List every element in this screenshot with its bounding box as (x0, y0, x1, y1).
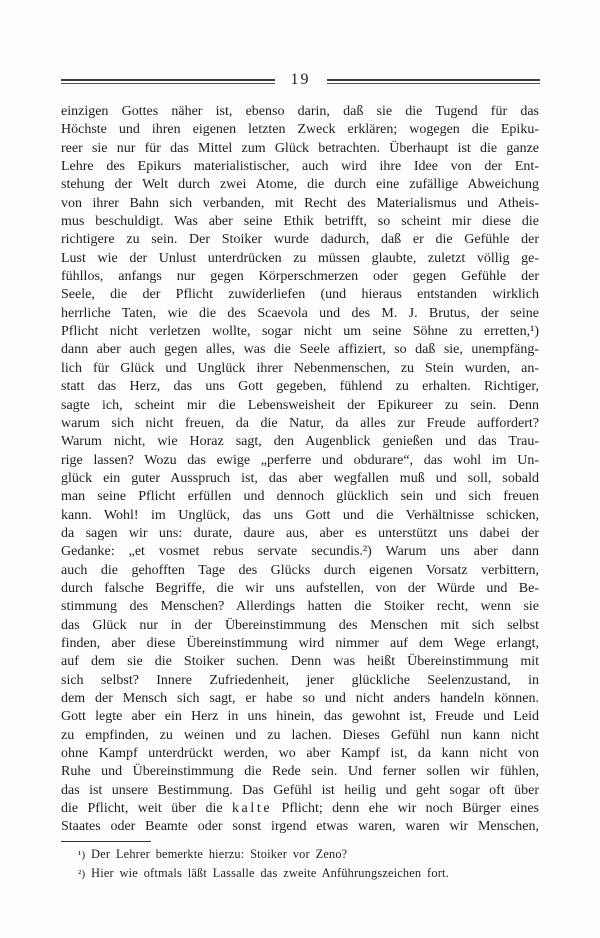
footnote-separator (61, 841, 151, 842)
text-line: dem der Mensch sich sagt, er habe so und… (61, 690, 539, 708)
text-line: Gott legte aber ein Herz in uns hinein, … (61, 708, 539, 726)
text-line: glück ein guter Ausspruch ist, das aber … (61, 470, 539, 488)
text-line: zu empfinden, zu weinen und zu lachen. D… (61, 727, 539, 745)
body-text: einzigen Gottes näher ist, ebenso darin,… (61, 103, 539, 837)
text-line: durch falsche Begriffe, die wir uns aufs… (61, 580, 539, 598)
text-line: rige lassen? Wozu das ewige „perferre un… (61, 452, 539, 470)
text-line: Warum nicht, wie Horaz sagt, den Augenbl… (61, 433, 539, 451)
text-line: Seele, die der Pflicht zuwiderliefen (un… (61, 286, 539, 304)
emphasized-word: kalte (232, 801, 272, 816)
footnote: ¹) Der Lehrer bemerkte hierzu: Stoiker v… (61, 845, 539, 864)
page-number: 19 (291, 71, 311, 89)
text-line: dann aber auch gegen alles, was die Seel… (61, 341, 539, 359)
text-line: das Glück nur in der Übereinstimmung des… (61, 617, 539, 635)
text-line: finden, aber diese Übereinstimmung wird … (61, 635, 539, 653)
header-rule-left (61, 79, 275, 84)
text-line: herrliche Taten, wie die des Scaevola un… (61, 305, 539, 323)
text-line: auch die gehofften Tage des Glücks durch… (61, 562, 539, 580)
text-line: stimmung des Menschen? Allerdings hatten… (61, 598, 539, 616)
text-line: man seine Pflicht erfüllen und dennoch g… (61, 488, 539, 506)
footnote-text: Der Lehrer bemerkte hierzu: Stoiker vor … (91, 847, 347, 861)
text-line: Staates oder Beamte oder sonst irgend et… (61, 818, 539, 836)
text-line: sich selbst? Innere Zufriedenheit, jener… (61, 672, 539, 690)
footnote-text: Hier wie oftmals läßt Lassalle das zweit… (91, 866, 449, 880)
text-line: fühllos, anfangs nur gegen Körperschmerz… (61, 268, 539, 286)
footnotes: ¹) Der Lehrer bemerkte hierzu: Stoiker v… (61, 845, 539, 883)
text-line: Lehre des Epikurs materialistischer, auc… (61, 158, 539, 176)
footnote-mark: ²) (78, 868, 85, 880)
text-line: lich für Glück und Unglück ihrer Nebenme… (61, 360, 539, 378)
text-segment: die Pflicht, weit über die (61, 801, 232, 816)
text-line: Ruhe und Übereinstimmung die Rede sein. … (61, 763, 539, 781)
header-rule-right (327, 79, 541, 84)
page-header: 19 (61, 72, 540, 90)
text-line: von ihrer Bahn sich verbanden, mit Recht… (61, 195, 539, 213)
book-page: 19 einzigen Gottes näher ist, ebenso dar… (0, 0, 600, 938)
text-line: kann. Wohl! im Unglück, das uns Gott und… (61, 507, 539, 525)
text-line: Höchste und ihren eigenen letzten Zweck … (61, 121, 539, 139)
text-segment: Pflicht; denn ehe wir noch Bürger eines (272, 801, 539, 816)
text-line: warum sich nicht freuen, da die Natur, d… (61, 415, 539, 433)
text-line: einzigen Gottes näher ist, ebenso darin,… (61, 103, 539, 121)
text-line: auf dem sie die Stoiker suchen. Denn was… (61, 653, 539, 671)
text-line: reer sie nur für das Mittel zum Glück be… (61, 140, 539, 158)
text-line: das ist unsere Bestimmung. Das Gefühl is… (61, 782, 539, 800)
text-line: richtigere zu sein. Der Stoiker wurde da… (61, 231, 539, 249)
text-line: mus beschuldigt. Was aber seine Ethik be… (61, 213, 539, 231)
text-line: statt das Herz, das uns Gott gegeben, fü… (61, 378, 539, 396)
text-line: da sagen wir uns: durate, daure aus, abe… (61, 525, 539, 543)
text-line: Pflicht nicht verletzen wollte, sogar ni… (61, 323, 539, 341)
text-line: stehung der Welt durch zwei Atome, die d… (61, 176, 539, 194)
text-line: die Pflicht, weit über die kalte Pflicht… (61, 800, 539, 818)
text-line: ohne Kampf unterdrückt werden, wo aber K… (61, 745, 539, 763)
text-line: sagte ich, scheint mir die Lebensweishei… (61, 397, 539, 415)
footnote: ²) Hier wie oftmals läßt Lassalle das zw… (61, 864, 539, 883)
text-line: Gedanke: „et vosmet rebus servate secund… (61, 543, 539, 561)
text-line: Lust wie der Unlust unterdrücken zu müss… (61, 250, 539, 268)
footnote-mark: ¹) (78, 849, 85, 861)
